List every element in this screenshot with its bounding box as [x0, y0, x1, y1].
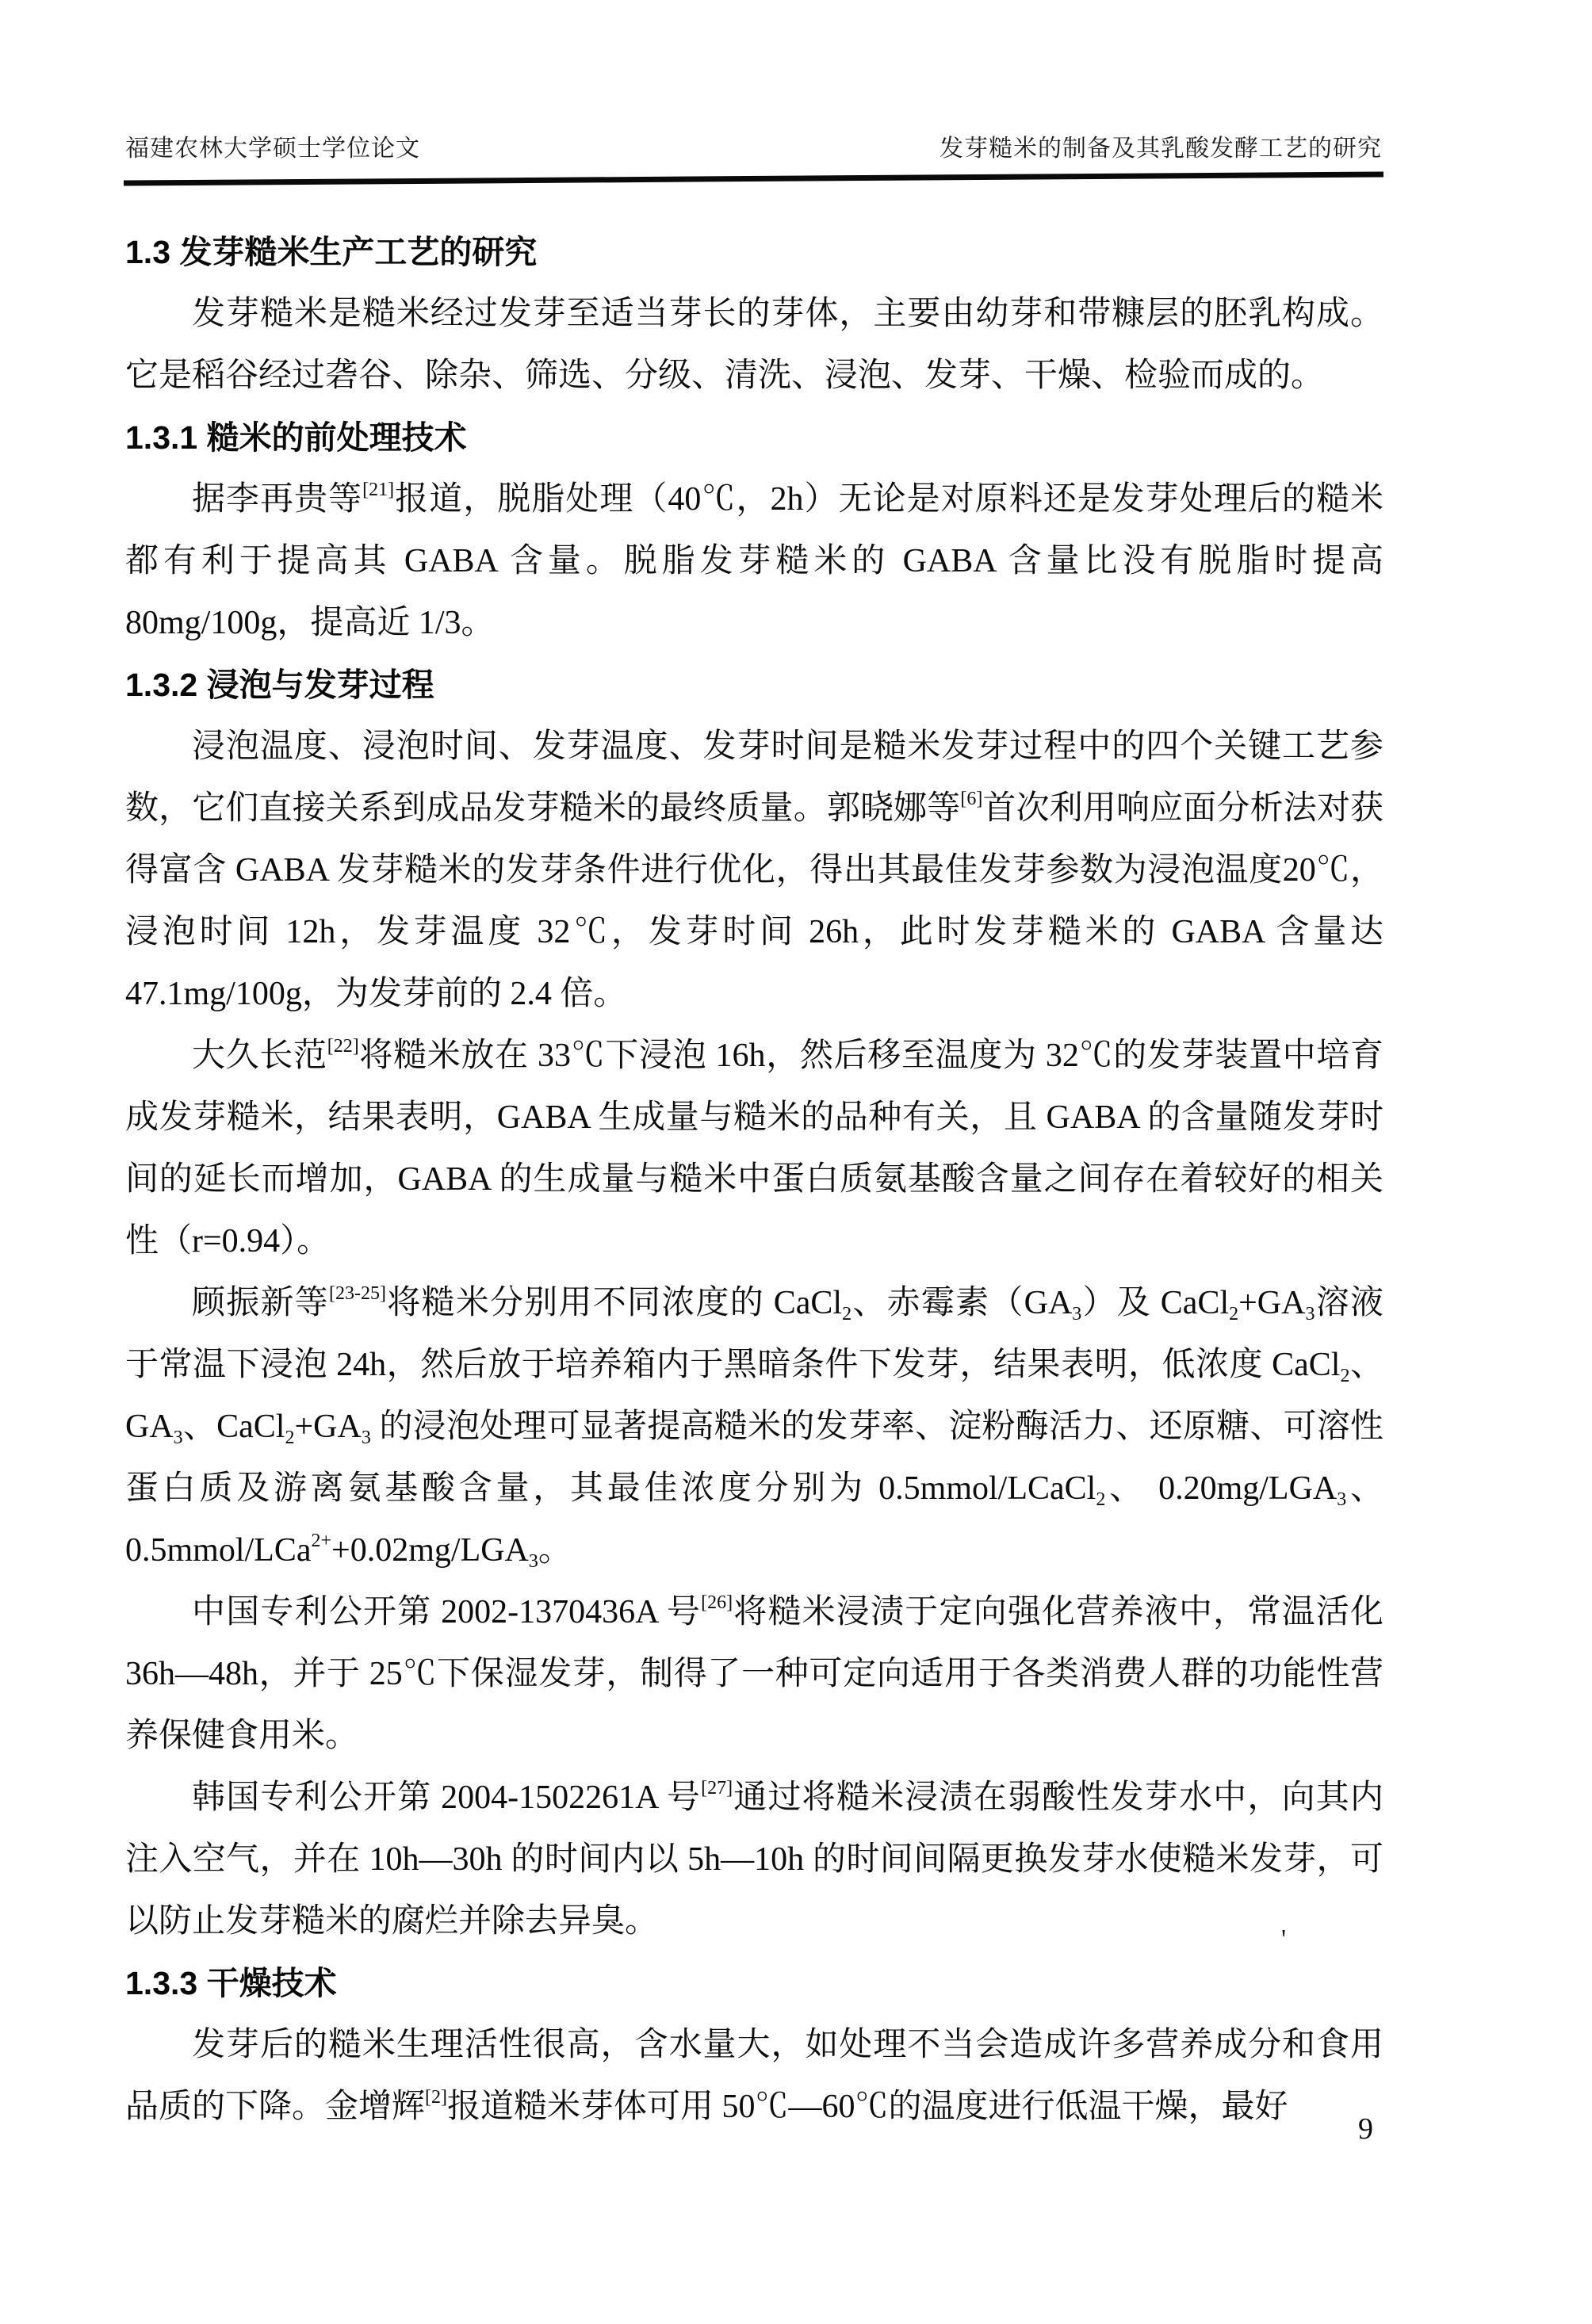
page-number: 9	[1358, 2112, 1373, 2146]
paragraph: 发芽后的糙米生理活性很高，含水量大，如处理不当会造成许多营养成分和食用品质的下降…	[125, 2014, 1383, 2138]
scan-artifact: '	[1281, 1925, 1286, 1955]
section-heading-1-3-3: 1.3.3 干燥技术	[125, 1952, 1383, 2014]
paragraph: 发芽糙米是糙米经过发芽至适当芽长的芽体，主要由幼芽和带糠层的胚乳构成。它是稻谷经…	[125, 283, 1383, 407]
header-right-running-title: 发芽糙米的制备及其乳酸发酵工艺的研究	[940, 128, 1382, 163]
page-header: 福建农林大学硕士学位论文 发芽糙米的制备及其乳酸发酵工艺的研究	[0, 0, 1592, 163]
section-heading-1-3-2: 1.3.2 浸泡与发芽过程	[125, 654, 1383, 716]
paragraph: 韩国专利公开第 2004-1502261A 号[27]通过将糙米浸渍在弱酸性发芽…	[125, 1767, 1383, 1952]
paragraph: 浸泡温度、浸泡时间、发芽温度、发芽时间是糙米发芽过程中的四个关键工艺参数，它们直…	[125, 716, 1383, 1025]
thesis-page: 福建农林大学硕士学位论文 发芽糙米的制备及其乳酸发酵工艺的研究 1.3 发芽糙米…	[0, 0, 1592, 2324]
scan-artifact: `	[660, 1679, 668, 1709]
section-heading-1-3: 1.3 发芽糙米生产工艺的研究	[125, 221, 1383, 283]
header-rule	[124, 171, 1383, 185]
paragraph: 中国专利公开第 2002-1370436A 号[26]将糙米浸渍于定向强化营养液…	[125, 1581, 1383, 1767]
paragraph: 大久长范[22]将糙米放在 33℃下浸泡 16h，然后移至温度为 32℃的发芽装…	[125, 1025, 1383, 1272]
paragraph: 顾振新等[23-25]将糙米分别用不同浓度的 CaCl2、赤霉素（GA3）及 C…	[125, 1272, 1383, 1581]
section-heading-1-3-1: 1.3.1 糙米的前处理技术	[125, 407, 1383, 468]
header-left-running-title: 福建农林大学硕士学位论文	[125, 128, 420, 163]
paragraph: 据李再贵等[21]报道，脱脂处理（40℃，2h）无论是对原料还是发芽处理后的糙米…	[125, 468, 1383, 654]
page-body: 1.3 发芽糙米生产工艺的研究 发芽糙米是糙米经过发芽至适当芽长的芽体，主要由幼…	[0, 221, 1592, 2138]
